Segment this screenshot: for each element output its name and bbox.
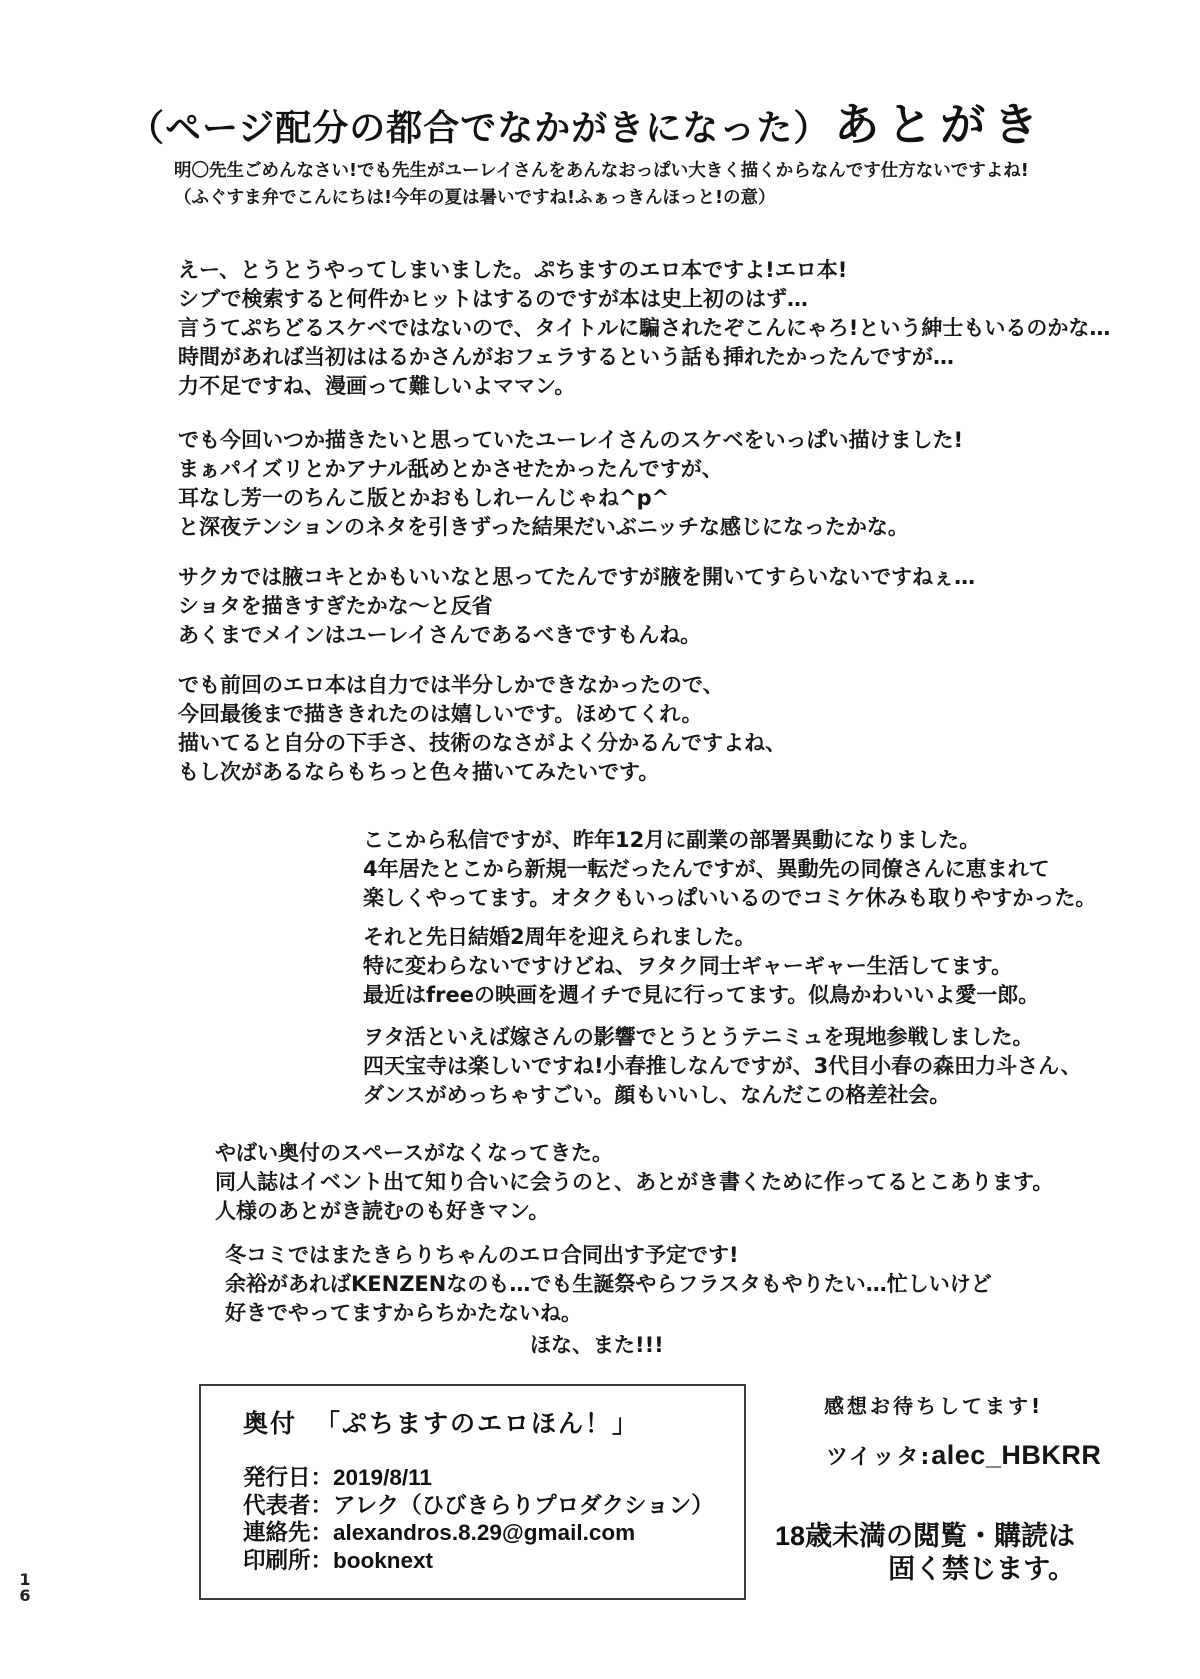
afterword-line: 明〇先生ごめんなさい!でも先生がユーレイさんをあんなおっぱい大きく描くからなんで… [174,158,1158,185]
page-number: 1 6 [16,1572,34,1604]
afterword-paragraph: 冬コミではまたきらりちゃんのエロ合同出す予定です! 余裕があればKENZENなの… [225,1241,1158,1328]
age-warning: 18歳未満の閲覧・購読は 固く禁じます。 [745,1520,1075,1586]
afterword-line: 耳なし芳一のちんこ版とかおもしれーんじゃね^p^ [178,484,1158,513]
afterword-line: それと先日結婚2周年を迎えられました。 [363,923,1158,952]
colophon-value: alexandros.8.29@gmail.com [333,1520,635,1545]
colophon-value: アレク（ひびきらりプロダクション） [333,1493,714,1518]
colophon-heading-label: 奥付 [243,1410,297,1438]
colophon-row-contact: 連絡先：alexandros.8.29@gmail.com [243,1519,730,1547]
twitter-contact: ツイッタ:alec_HBKRR [826,1440,1101,1471]
age-warning-line: 固く禁じます。 [745,1553,1075,1586]
afterword-line: 余裕があればKENZENなのも…でも生誕祭やらフラスタもやりたい…忙しいけど [225,1270,1158,1299]
afterword-line: 同人誌はイベント出て知り合いに会うのと、あとがき書くために作ってるとこあります。 [215,1168,1158,1197]
afterword-line: やばい奥付のスペースがなくなってきた。 [215,1139,1158,1168]
afterword-paragraph: ここから私信ですが、昨年12月に副業の部署異動になりました。 4年居たとこから新… [363,826,1158,913]
afterword-paragraph: えー、とうとうやってしまいました。ぷちますのエロ本ですよ!エロ本! シブで検索す… [178,256,1158,401]
afterword-line: と深夜テンションのネタを引きずった結果だいぶニッチな感じになったかな。 [178,513,1158,542]
afterword-line: 最近はfreeの映画を週イチで見に行ってます。似鳥かわいいよ愛一郎。 [363,981,1158,1010]
page-number-digit: 6 [16,1588,34,1604]
afterword-line: ショタを描きすぎたかな～と反省 [178,592,1158,621]
twitter-handle: alec_HBKRR [931,1440,1101,1470]
afterword-line: （ふぐすま弁でこんにちは!今年の夏は暑いですね!ふぁっきんほっと!の意） [174,185,1158,212]
afterword-line: 4年居たとこから新規一転だったんですが、異動先の同僚さんに恵まれて [363,855,1158,884]
colophon-row-printer: 印刷所：booknext [243,1547,730,1575]
sign-off: ほな、また!!! [530,1331,1158,1360]
colophon-label: 連絡先： [243,1520,333,1545]
twitter-label: ツイッタ: [826,1445,931,1470]
afterword-paragraph: でも前回のエロ本は自力では半分しかできなかったので、 今回最後まで描ききれたのは… [178,671,1158,787]
colophon-book-title: 「ぷちますのエロほん！」 [315,1410,639,1438]
colophon-label: 印刷所： [243,1548,333,1573]
afterword-line: シブで検索すると何件かヒットはするのですが本は史上初のはず… [178,285,1158,314]
afterword-line: ヲタ活といえば嫁さんの影響でとうとうテニミュを現地参戦しました。 [363,1023,1158,1052]
afterword-paragraph: サクカでは腋コキとかもいいなと思ってたんですが腋を開いてすらいないですねぇ… シ… [178,563,1158,650]
afterword-line: 力不足ですね、漫画って難しいよママン。 [178,372,1158,401]
afterword-line: ここから私信ですが、昨年12月に副業の部署異動になりました。 [363,826,1158,855]
colophon-row-representative: 代表者：アレク（ひびきらりプロダクション） [243,1492,730,1520]
afterword-paragraph: やばい奥付のスペースがなくなってきた。 同人誌はイベント出て知り合いに会うのと、… [215,1139,1158,1226]
colophon-value: 2019/8/11 [333,1465,432,1490]
colophon-heading: 奥付「ぷちますのエロほん！」 [243,1408,730,1440]
afterword-paragraph: ヲタ活といえば嫁さんの影響でとうとうテニミュを現地参戦しました。 四天宝寺は楽し… [363,1023,1158,1110]
afterword-line: 特に変わらないですけどね、ヲタク同士ギャーギャー生活してます。 [363,952,1158,981]
afterword-line: サクカでは腋コキとかもいいなと思ってたんですが腋を開いてすらいないですねぇ… [178,563,1158,592]
afterword-line: まぁパイズリとかアナル舐めとかさせたかったんですが、 [178,455,1158,484]
afterword-page: （ページ配分の都合でなかがきになった）あとがき 明〇先生ごめんなさい!でも先生が… [0,0,1200,1679]
colophon-row-publish-date: 発行日：2019/8/11 [243,1464,730,1492]
afterword-line: もし次があるならもちっと色々描いてみたいです。 [178,758,1158,787]
afterword-line: あくまでメインはユーレイさんであるべきですもんね。 [178,621,1158,650]
afterword-paragraph: でも今回いつか描きたいと思っていたユーレイさんのスケベをいっぱい描けました! ま… [178,426,1158,542]
colophon-label: 代表者： [243,1493,333,1518]
afterword-line: 今回最後まで描ききれたのは嬉しいです。ほめてくれ。 [178,700,1158,729]
afterword-line: 言うてぷちどるスケベではないので、タイトルに騙されたぞこんにゃろ!という紳士もい… [178,314,1158,343]
afterword-line: でも前回のエロ本は自力では半分しかできなかったので、 [178,671,1158,700]
afterword-line: 冬コミではまたきらりちゃんのエロ合同出す予定です! [225,1241,1158,1270]
page-title-main: あとがき [834,98,1046,151]
afterword-body: 明〇先生ごめんなさい!でも先生がユーレイさんをあんなおっぱい大きく描くからなんで… [178,158,1158,1360]
afterword-paragraph: 明〇先生ごめんなさい!でも先生がユーレイさんをあんなおっぱい大きく描くからなんで… [174,158,1158,212]
colophon-value: booknext [333,1548,433,1573]
afterword-line: 四天宝寺は楽しいですね!小春推しなんですが、3代目小春の森田力斗さん、 [363,1052,1158,1081]
page-title-paren: （ページ配分の都合でなかがきになった） [128,108,830,149]
page-title: （ページ配分の都合でなかがきになった）あとがき [128,88,1046,153]
afterword-line: でも今回いつか描きたいと思っていたユーレイさんのスケベをいっぱい描けました! [178,426,1158,455]
afterword-line: 人様のあとがき読むのも好きマン。 [215,1197,1158,1226]
feedback-note: 感想お待ちしてます! [824,1390,1043,1419]
afterword-line: えー、とうとうやってしまいました。ぷちますのエロ本ですよ!エロ本! [178,256,1158,285]
colophon-box: 奥付「ぷちますのエロほん！」 発行日：2019/8/11 代表者：アレク（ひびき… [199,1384,746,1600]
afterword-line: 描いてると自分の下手さ、技術のなさがよく分かるんですよね、 [178,729,1158,758]
afterword-line: 時間があれば当初ははるかさんがおフェラするという話も挿れたかったんですが… [178,343,1158,372]
afterword-line: ダンスがめっちゃすごい。顔もいいし、なんだこの格差社会。 [363,1081,1158,1110]
afterword-paragraph: それと先日結婚2周年を迎えられました。 特に変わらないですけどね、ヲタク同士ギャ… [363,923,1158,1010]
afterword-line: 楽しくやってます。オタクもいっぱいいるのでコミケ休みも取りやすかった。 [363,884,1158,913]
colophon-label: 発行日： [243,1465,333,1490]
afterword-line: 好きでやってますからちかたないね。 [225,1299,1158,1328]
age-warning-line: 18歳未満の閲覧・購読は [745,1520,1075,1553]
